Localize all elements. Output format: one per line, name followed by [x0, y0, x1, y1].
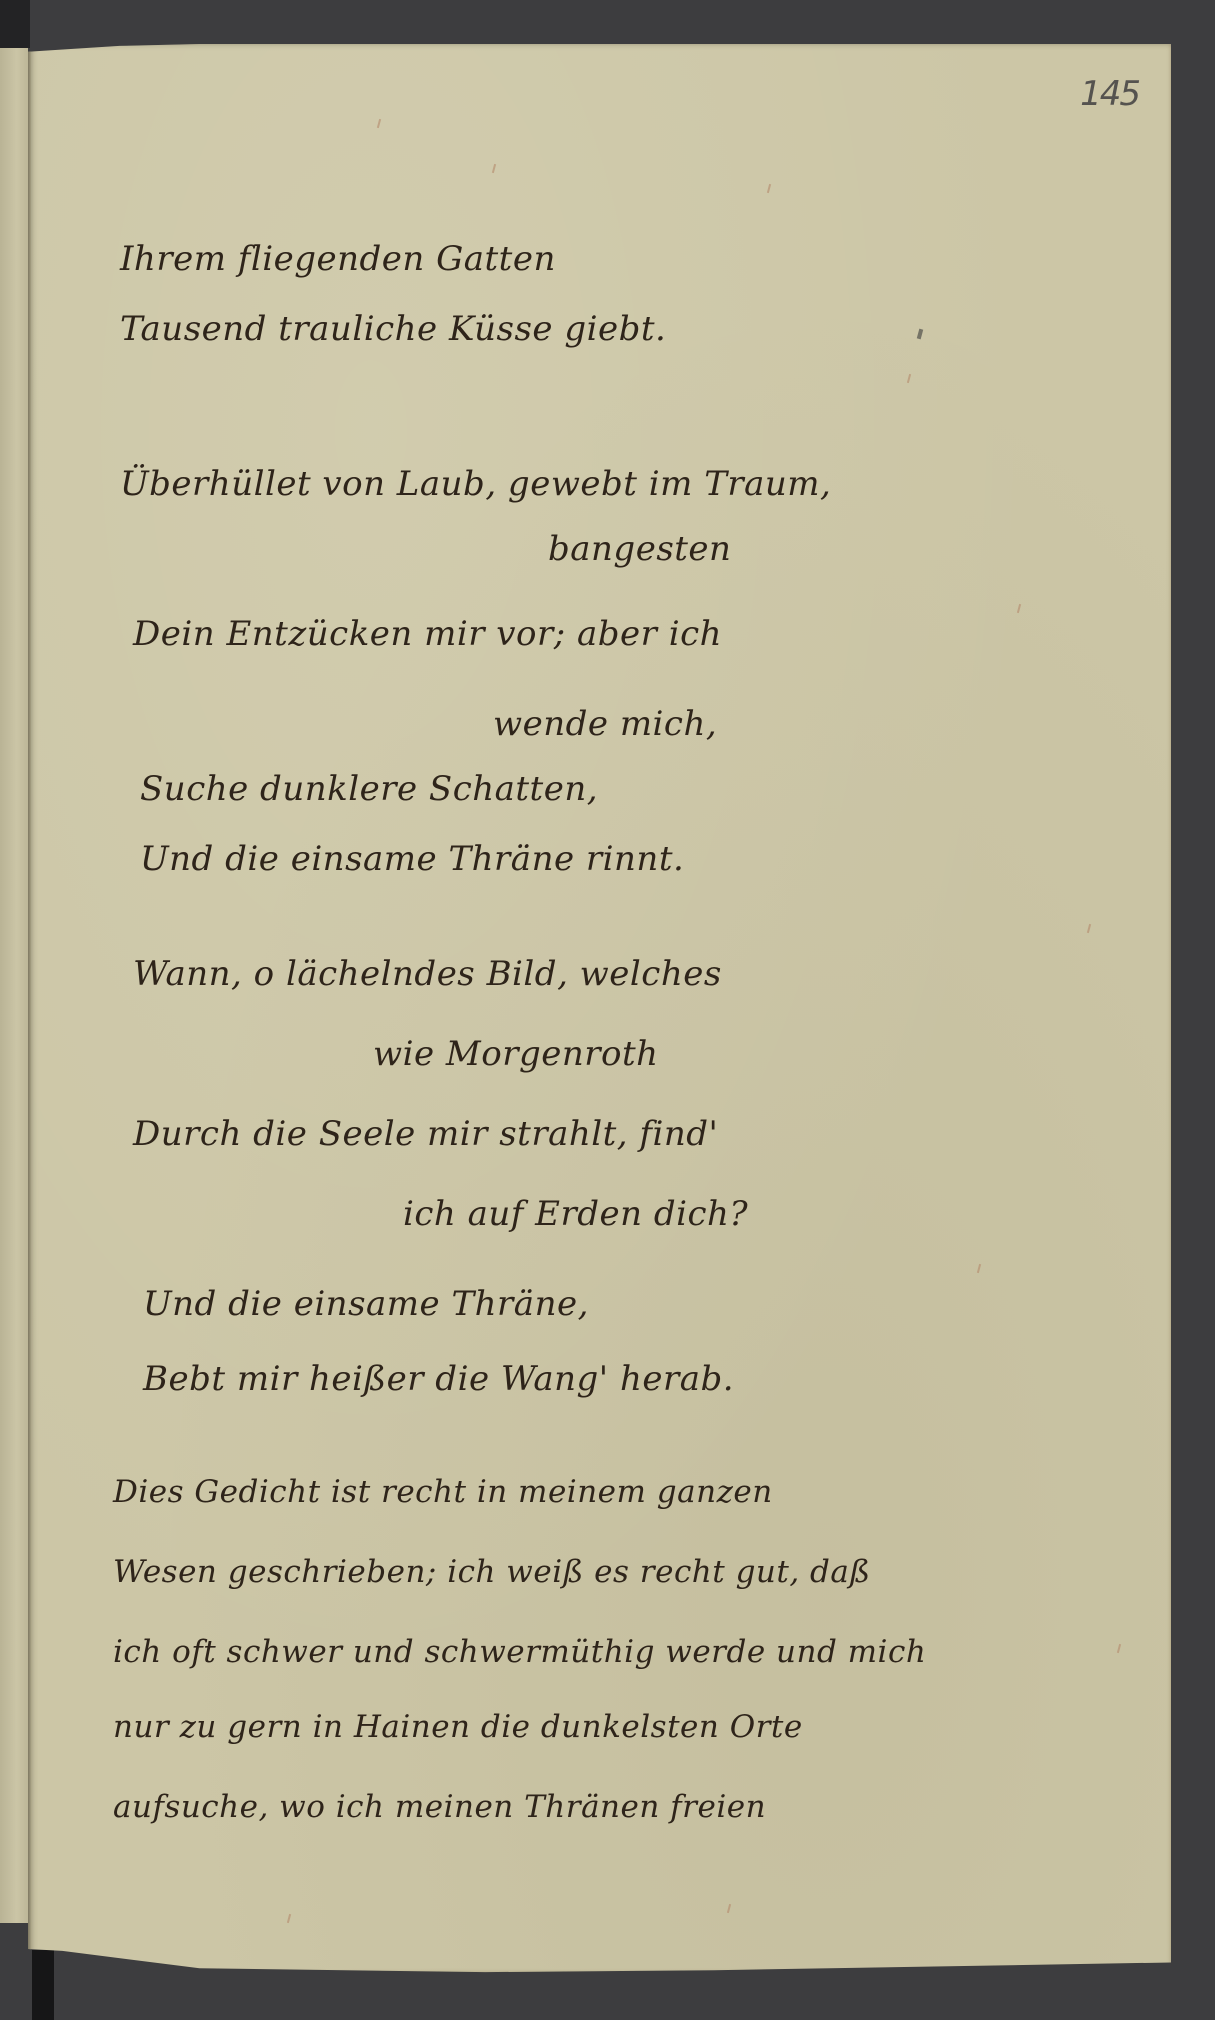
- prose-line: nur zu gern in Hainen die dunkelsten Ort…: [113, 1709, 803, 1745]
- poem-line: Wann, o lächelndes Bild, welches: [133, 954, 722, 994]
- prose-line: aufsuche, wo ich meinen Thränen freien: [113, 1789, 766, 1825]
- poem-line-continuation: wie Morgenroth: [373, 1034, 659, 1074]
- ink-spot: [917, 329, 923, 340]
- paper-fleck: [1017, 604, 1021, 613]
- poem-line: Und die einsame Thräne rinnt.: [140, 839, 684, 879]
- prose-line: ich oft schwer und schwermüthig werde un…: [113, 1634, 926, 1670]
- paper-fleck: [287, 1914, 291, 1923]
- paper-fleck: [767, 184, 771, 193]
- poem-line-continuation: ich auf Erden dich?: [403, 1194, 748, 1234]
- folio-number: 145: [1080, 74, 1139, 114]
- poem-line: Bebt mir heißer die Wang' herab.: [143, 1359, 734, 1399]
- paper-fleck: [492, 164, 496, 173]
- binding-gutter: [28, 44, 31, 1976]
- paper-fleck: [1117, 1644, 1121, 1653]
- poem-line: Überhüllet von Laub, gewebt im Traum,: [120, 464, 831, 504]
- paper-fleck: [727, 1904, 731, 1913]
- poem-line: Tausend trauliche Küsse giebt.: [120, 309, 666, 349]
- poem-line: Ihrem fliegenden Gatten: [120, 239, 556, 279]
- paper-fleck: [907, 374, 911, 383]
- poem-line: Suche dunklere Schatten,: [140, 769, 598, 809]
- poem-line: Dein Entzücken mir vor; aber ich: [133, 614, 722, 654]
- paper-fleck: [977, 1264, 981, 1273]
- poem-line-continuation: bangesten: [548, 529, 731, 569]
- poem-line: Und die einsame Thräne,: [143, 1284, 589, 1324]
- binding-shadow: [32, 1950, 54, 2020]
- prose-line: Wesen geschrieben; ich weiß es recht gut…: [113, 1554, 871, 1590]
- paper-fleck: [377, 119, 381, 128]
- scanner-background-top: [0, 0, 30, 48]
- manuscript-page: 145 Ihrem fliegenden Gatten Tausend trau…: [28, 44, 1171, 1976]
- poem-line: Durch die Seele mir strahlt, find': [133, 1114, 718, 1154]
- poem-line-continuation: wende mich,: [493, 704, 717, 744]
- previous-page-edge: [0, 48, 28, 1923]
- prose-line: Dies Gedicht ist recht in meinem ganzen: [113, 1474, 773, 1510]
- paper-fleck: [1087, 924, 1091, 933]
